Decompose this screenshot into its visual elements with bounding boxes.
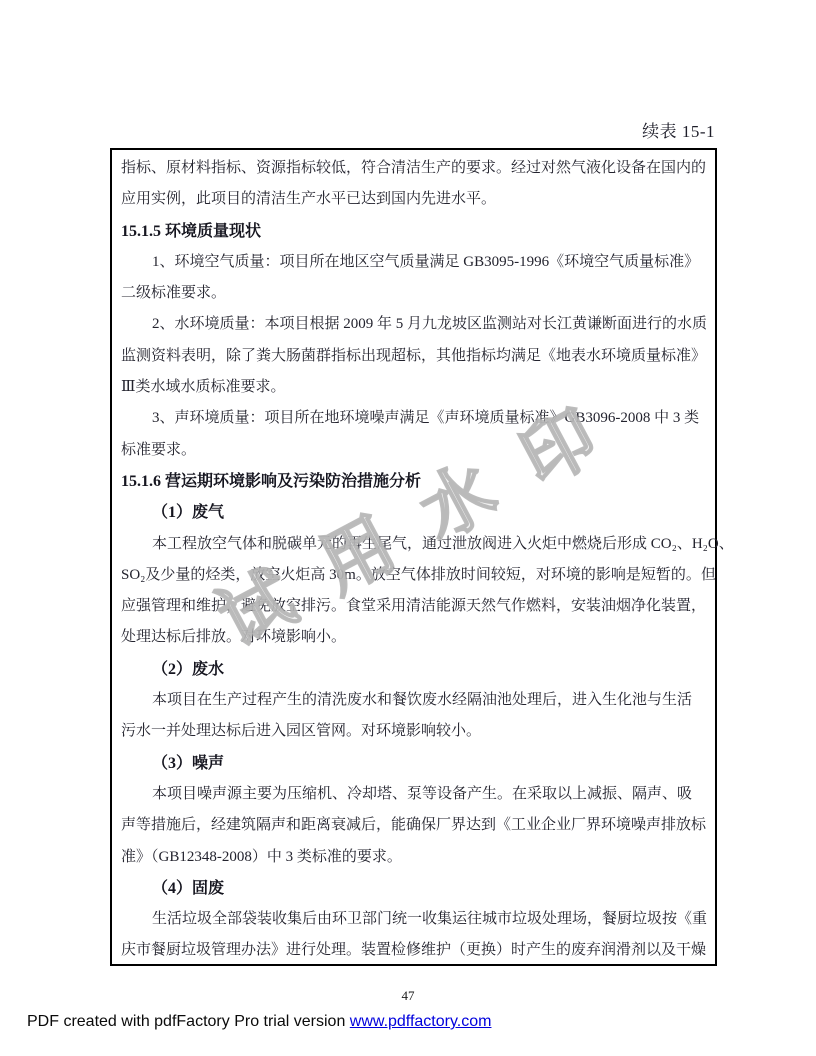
- document-page: 续表 15-1 指标、原材料指标、资源指标较低，符合清洁生产的要求。经过对然气液…: [0, 0, 816, 1056]
- text-line: 本项目在生产过程产生的清洗废水和餐饮废水经隔油池处理后，进入生化池与生活: [121, 685, 706, 716]
- text-line: 3、声环境质量：项目所在地环境噪声满足《声环境质量标准》GB3096-2008 …: [121, 403, 706, 434]
- subheading-waste-gas: （1）废气: [121, 497, 706, 528]
- text-line: 本工程放空气体和脱碳单元的再生尾气，通过泄放阀进入火炬中燃烧后形成 CO₂、H₂…: [121, 529, 706, 560]
- text-line: 污水一并处理达标后进入园区管网。对环境影响较小。: [121, 716, 706, 747]
- text-line: 指标、原材料指标、资源指标较低，符合清洁生产的要求。经过对然气液化设备在国内的: [121, 153, 706, 184]
- subheading-solid-waste: （4）固废: [121, 873, 706, 904]
- table-continuation-caption: 续表 15-1: [110, 117, 715, 142]
- text-line: 二级标准要求。: [121, 278, 706, 309]
- text-line: 处理达标后排放。对环境影响小。: [121, 622, 706, 653]
- footer-text: PDF created with pdfFactory Pro trial ve…: [27, 1013, 350, 1030]
- text-line: 1、环境空气质量：项目所在地区空气质量满足 GB3095-1996《环境空气质量…: [121, 247, 706, 278]
- section-heading-15-1-5: 15.1.5 环境质量现状: [121, 216, 706, 247]
- pdf-factory-footer: PDF created with pdfFactory Pro trial ve…: [27, 1013, 491, 1031]
- text-line: 庆市餐厨垃圾管理办法》进行处理。装置检修维护（更换）时产生的废弃润滑剂以及干燥: [121, 935, 706, 966]
- text-line: 应用实例，此项目的清洁生产水平已达到国内先进水平。: [121, 184, 706, 215]
- text-line: 生活垃圾全部袋装收集后由环卫部门统一收集运往城市垃圾处理场，餐厨垃圾按《重: [121, 904, 706, 935]
- text-line: 声等措施后，经建筑隔声和距离衰减后，能确保厂界达到《工业企业厂界环境噪声排放标: [121, 810, 706, 841]
- text-line: SO₂及少量的烃类，放空火炬高 30m。放空气体排放时间较短，对环境的影响是短暂…: [121, 560, 706, 591]
- text-line: Ⅲ类水域水质标准要求。: [121, 372, 706, 403]
- text-line: 2、水环境质量：本项目根据 2009 年 5 月九龙坡区监测站对长江黄谦断面进行…: [121, 309, 706, 340]
- subheading-noise: （3）噪声: [121, 748, 706, 779]
- text-line: 监测资料表明，除了粪大肠菌群指标出现超标，其他指标均满足《地表水环境质量标准》: [121, 341, 706, 372]
- section-heading-15-1-6: 15.1.6 营运期环境影响及污染防治措施分析: [121, 466, 706, 497]
- text-line: 准》（GB12348-2008）中 3 类标准的要求。: [121, 842, 706, 873]
- text-line: 本项目噪声源主要为压缩机、冷却塔、泵等设备产生。在采取以上减振、隔声、吸: [121, 779, 706, 810]
- page-number: 47: [0, 988, 816, 1004]
- subheading-waste-water: （2）废水: [121, 654, 706, 685]
- text-line: 应强管理和维护，避免放空排污。食堂采用清洁能源天然气作燃料，安装油烟净化装置，: [121, 591, 706, 622]
- pdffactory-link[interactable]: www.pdffactory.com: [350, 1013, 492, 1030]
- report-table-body: 指标、原材料指标、资源指标较低，符合清洁生产的要求。经过对然气液化设备在国内的 …: [110, 148, 717, 966]
- text-line: 标准要求。: [121, 435, 706, 466]
